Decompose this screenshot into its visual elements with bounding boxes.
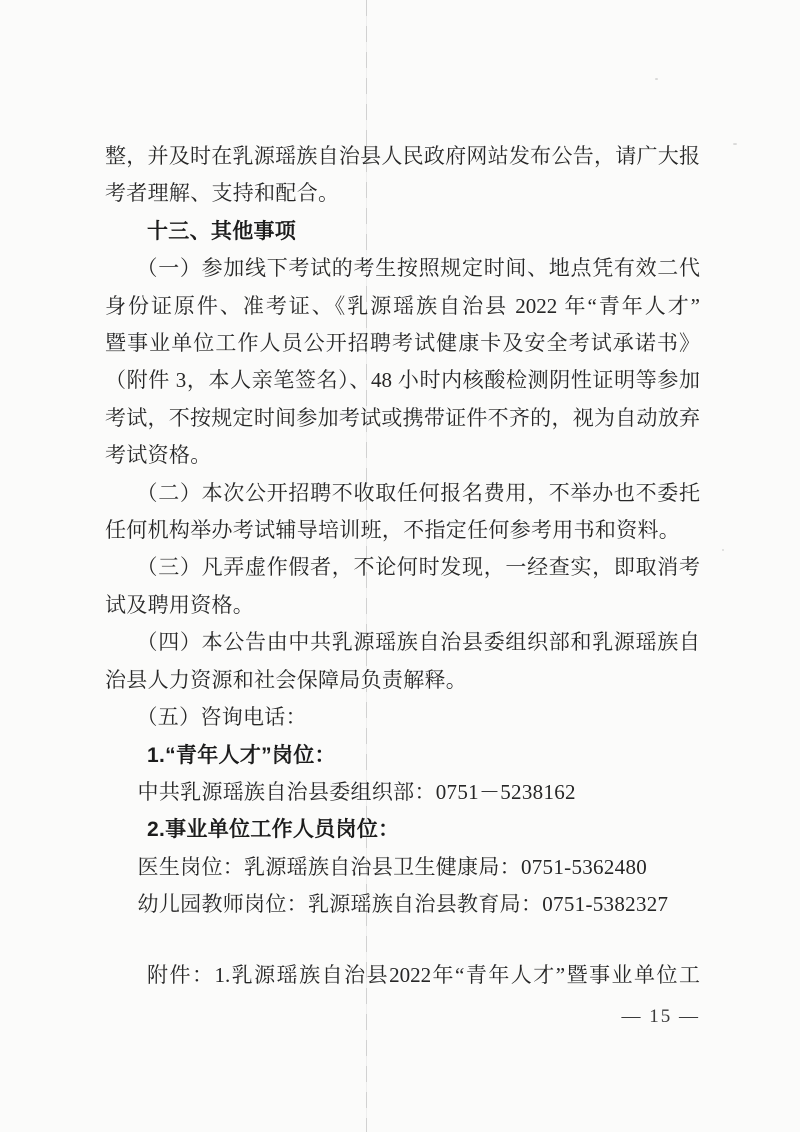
text-line: 治县人力资源和社会保障局负责解释。 — [105, 662, 700, 699]
text-line: （二）本次公开招聘不收取任何报名费用，不举办也不委托 — [105, 475, 700, 512]
text-line: 整，并及时在乳源瑶族自治县人民政府网站发布公告，请广大报 — [105, 138, 700, 175]
phone-line-health-bureau: 医生岗位：乳源瑶族自治县卫生健康局：0751-5362480 — [105, 849, 700, 886]
text-line: 试及聘用资格。 — [105, 587, 700, 624]
text-line: 身份证原件、准考证、《乳源瑶族自治县 2022 年“青年人才” — [105, 288, 700, 325]
text-line: 暨事业单位工作人员公开招聘考试健康卡及安全考试承诺书》 — [105, 325, 700, 362]
text-line: （四）本公告由中共乳源瑶族自治县委组织部和乳源瑶族自 — [105, 624, 700, 661]
text-line: （三）凡弄虚作假者，不论何时发现，一经查实，即取消考 — [105, 549, 700, 586]
text-line: 考试，不按规定时间参加考试或携带证件不齐的，视为自动放弃 — [105, 400, 700, 437]
scan-speckle — [722, 549, 724, 551]
institution-post-heading: 2.事业单位工作人员岗位： — [105, 811, 700, 848]
document-page: 整，并及时在乳源瑶族自治县人民政府网站发布公告，请广大报 考者理解、支持和配合。… — [105, 138, 700, 994]
phone-line-education-bureau: 幼儿园教师岗位：乳源瑶族自治县教育局：0751-5382327 — [105, 886, 700, 923]
section-heading-line: 十三、其他事项 — [105, 213, 700, 250]
scan-speckle — [733, 143, 737, 145]
phone-line-org-dept: 中共乳源瑶族自治县委组织部：0751－5238162 — [105, 774, 700, 811]
scan-speckle — [655, 78, 658, 80]
text-line: （一）参加线下考试的考生按照规定时间、地点凭有效二代 — [105, 250, 700, 287]
footer-page-number: — 15 — — [105, 1006, 700, 1028]
attachment-line: 附件：1.乳源瑶族自治县2022年“青年人才”暨事业单位工 — [105, 957, 700, 994]
text-line: （五）咨询电话： — [105, 699, 700, 736]
text-line: 考者理解、支持和配合。 — [105, 175, 700, 212]
youth-talent-post-heading: 1.“青年人才”岗位： — [105, 737, 700, 774]
text-line: 任何机构举办考试辅导培训班，不指定任何参考用书和资料。 — [105, 512, 700, 549]
text-line: （附件 3，本人亲笔签名）、48 小时内核酸检测阴性证明等参加 — [105, 362, 700, 399]
text-line: 考试资格。 — [105, 437, 700, 474]
